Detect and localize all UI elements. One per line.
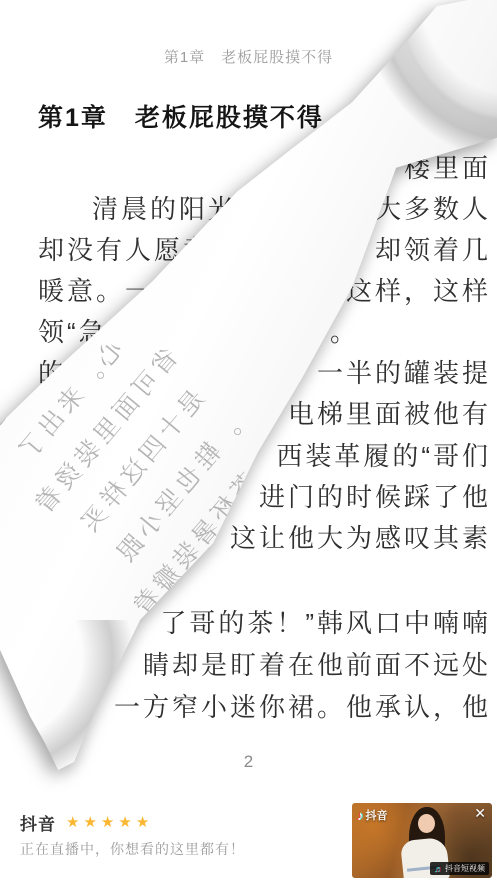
text-line: 股 一方窄小迷你裙。他承认，他 [38,687,491,728]
star-icon: ★ [118,814,135,831]
text-line: 西装革履的“哥们 [38,436,491,477]
text-line: 了哥的茶！”韩风口中喃喃 [38,603,491,644]
text-line: 楼里面 [38,148,491,189]
text-line: 却没有人愿意站 却领着几 [38,230,491,271]
text-line: 暖意。一个 这样，这样 [38,271,491,312]
text-line: 进门的时候踩了他 [38,477,491,518]
star-icon: ★ [101,814,118,831]
star-icon: ★ [136,814,153,831]
text-line: 睛却是盯着在他前面不远处 [38,645,491,686]
text-line: 的 一半的罐装提 [38,353,491,394]
ad-rating-stars: ★★★★★ [66,815,153,830]
text-line: 电梯里面被他有 [38,394,491,435]
text-line: 领“急 。 [38,312,491,353]
douyin-logo: ♪ 抖音 [357,807,388,823]
star-icon: ★ [66,814,83,831]
ad-thumbnail[interactable]: ♪ 抖音 ✕ ♬ 抖音短视频 [352,803,492,878]
douyin-logo-text: 抖音 [366,807,388,823]
ad-watermark-text: 抖音短视频 [445,863,485,874]
music-note-icon: ♪ [357,808,364,823]
text-line: 。这让他大为感叹其素 [38,518,491,559]
reader-page[interactable]: 第1章 老板屁股摸不得 第1章 老板屁股摸不得 楼里面 清晨的阳光照在 大多数人… [0,0,497,883]
ad-app-name: 抖音 [20,810,56,835]
ad-banner[interactable]: 抖音 ★★★★★ 正在直播中，你想看的这里都有！ ♪ 抖音 ✕ ♬ 抖音短视频 [0,795,497,883]
ad-photo-woman-face [418,814,435,833]
page-number: 2 [0,752,497,772]
chapter-header-label: 第1章 老板屁股摸不得 [0,46,497,67]
ad-close-icon[interactable]: ✕ [474,806,486,820]
chapter-title: 第1章 老板屁股摸不得 [38,98,477,134]
music-note-icon: ♬ [434,864,443,874]
ad-tagline: 正在直播中，你想看的这里都有！ [20,839,245,859]
star-icon: ★ [83,814,100,831]
text-line: 清晨的阳光照在 大多数人 [38,189,491,230]
ad-watermark-badge: ♬ 抖音短视频 [430,862,489,875]
